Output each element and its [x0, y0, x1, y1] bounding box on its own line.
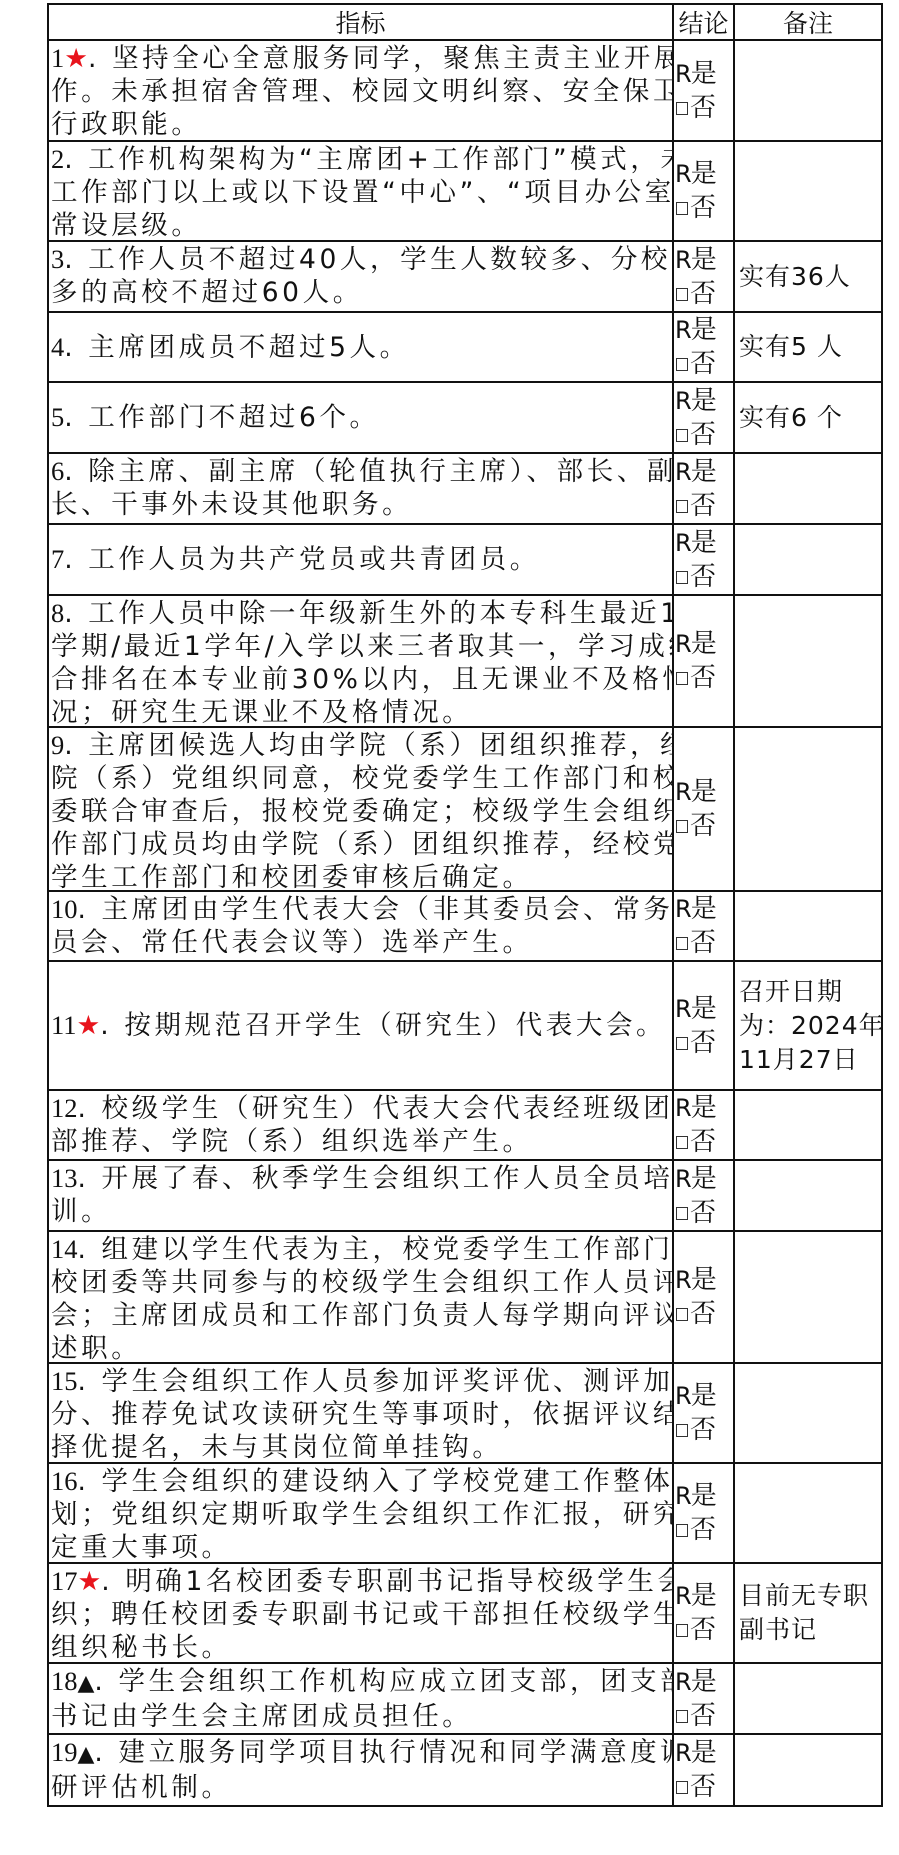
indicator-line: 况；研究生无课业不及格情况。: [51, 696, 671, 726]
option-yes-label: 是: [691, 457, 716, 487]
indicator-cell: 19▲. 建立服务同学项目执行情况和同学满意度调研评估机制。: [49, 1735, 674, 1805]
indicator-text: 6. 除主席、副主席（轮值执行主席）、部长、副部长、干事外未设其他职务。: [51, 455, 671, 521]
indicator-line-text: . 组建以学生代表为主，校党委学生工作部门、: [78, 1234, 675, 1265]
indicator-cell: 14. 组建以学生代表为主，校党委学生工作部门、校团委等共同参与的校级学生会组织…: [49, 1232, 674, 1362]
indicator-cell: 16. 学生会组织的建设纳入了学校党建工作整体规划；党组织定期听取学生会组织工作…: [49, 1464, 674, 1562]
indicator-line-text: 院（系）党组织同意，校党委学生工作部门和校团: [51, 763, 674, 794]
indicator-line-text: . 按期规范召开学生（研究生）代表大会。: [100, 1010, 666, 1041]
option-yes-label: 是: [691, 994, 716, 1024]
conclusion-cell: R是否: [674, 525, 735, 594]
indicator-line-text: 常设层级。: [51, 210, 202, 240]
unchecked-box-icon: [676, 102, 688, 115]
indicator-line-text: . 校级学生（研究生）代表大会代表经班级团支: [78, 1093, 675, 1124]
indicator-line-text: . 工作人员不超过40人，学生人数较多、分校区较: [64, 244, 674, 275]
option-yes-label: 是: [691, 1093, 716, 1123]
remarks-text: 副书记: [739, 1613, 881, 1647]
table-row: 16. 学生会组织的建设纳入了学校党建工作整体规划；党组织定期听取学生会组织工作…: [49, 1464, 881, 1564]
indicator-text: 19▲. 建立服务同学项目执行情况和同学满意度调研评估机制。: [51, 1736, 671, 1804]
option-no-label: 否: [690, 1415, 715, 1445]
checked-mark-icon: R: [675, 1582, 691, 1610]
remarks-cell: [735, 1735, 881, 1805]
indicator-line: 常设层级。: [51, 209, 671, 240]
option-yes-checked[interactable]: R是: [675, 1379, 733, 1413]
remarks-text: 召开日期: [739, 975, 881, 1009]
remarks-cell: 实有5 人: [735, 313, 881, 381]
indicator-line-text: . 主席团成员不超过5人。: [64, 332, 410, 363]
option-yes-label: 是: [691, 629, 716, 659]
indicator-line-text: 研评估机制。: [51, 1772, 232, 1803]
indicator-line: 18▲. 学生会组织工作机构应成立团支部，团支部: [51, 1665, 671, 1700]
item-number: 3: [51, 244, 64, 274]
table-row: 2. 工作机构架构为“主席团+工作部门”模式，未在工作部门以上或以下设置“中心”…: [49, 142, 881, 242]
indicator-cell: 8. 工作人员中除一年级新生外的本专科生最近1个学期/最近1学年/入学以来三者取…: [49, 596, 674, 726]
checked-mark-icon: R: [675, 1739, 691, 1767]
option-no-unchecked[interactable]: 否: [675, 926, 733, 960]
indicator-line-text: 织；聘任校团委专职副书记或干部担任校级学生会: [51, 1599, 674, 1630]
unchecked-box-icon: [676, 1424, 688, 1437]
option-no-label: 否: [690, 1515, 715, 1545]
indicator-text: 4. 主席团成员不超过5人。: [51, 331, 671, 364]
indicator-line-text: 工作部门以上或以下设置“中心”、“项目办公室”等: [51, 177, 674, 208]
indicator-line: 工作部门以上或以下设置“中心”、“项目办公室”等: [51, 176, 671, 209]
unchecked-box-icon: [676, 937, 688, 950]
indicator-cell: 10. 主席团由学生代表大会（非其委员会、常务委员会、常任代表会议等）选举产生。: [49, 892, 674, 960]
indicator-line: 作部门成员均由学院（系）团组织推荐，经校党委: [51, 828, 671, 861]
remarks-text: 目前无专职: [739, 1579, 881, 1613]
indicator-cell: 5. 工作部门不超过6个。: [49, 383, 674, 452]
indicator-cell: 15. 学生会组织工作人员参加评奖评优、测评加分、推荐免试攻读研究生等事项时，依…: [49, 1364, 674, 1462]
indicator-line: 会；主席团成员和工作部门负责人每学期向评议会: [51, 1299, 671, 1332]
option-no-label: 否: [690, 1772, 715, 1802]
indicator-line-text: . 除主席、副主席（轮值执行主席）、部长、副部: [64, 456, 674, 487]
indicator-line-text: . 明确1名校团委专职副书记指导校级学生会组: [101, 1566, 674, 1597]
option-no-unchecked[interactable]: 否: [675, 1413, 733, 1447]
conclusion-cell: R是否: [674, 313, 735, 381]
option-yes-checked[interactable]: R是: [675, 157, 733, 191]
remarks-text: 实有5 人: [739, 330, 881, 364]
conclusion-cell: R是否: [674, 1735, 735, 1805]
red-star-icon: ★: [78, 1566, 102, 1597]
indicator-cell: 7. 工作人员为共产党员或共青团员。: [49, 525, 674, 594]
red-star-icon: ★: [77, 1010, 101, 1041]
indicator-line-text: 员会、常任代表会议等）选举产生。: [51, 927, 533, 958]
unchecked-box-icon: [676, 429, 688, 442]
indicator-text: 11★. 按期规范召开学生（研究生）代表大会。: [51, 1009, 671, 1042]
indicator-line-text: 长、干事外未设其他职务。: [51, 489, 412, 520]
option-no-label: 否: [690, 420, 715, 450]
unchecked-box-icon: [676, 358, 688, 371]
indicator-line-text: 委联合审查后，报校党委确定；校级学生会组织工: [51, 796, 674, 827]
remarks-cell: 召开日期为：2024年11月27日: [735, 962, 881, 1089]
indicator-line: 10. 主席团由学生代表大会（非其委员会、常务委: [51, 893, 671, 926]
option-no-unchecked[interactable]: 否: [675, 1770, 733, 1804]
remarks-cell: 实有6 个: [735, 383, 881, 452]
indicator-line-text: 组织秘书长。: [51, 1632, 232, 1662]
conclusion-cell: R是否: [674, 1564, 735, 1662]
table-row: 1★. 坚持全心全意服务同学，聚焦主责主业开展工作。未承担宿舍管理、校园文明纠察…: [49, 41, 881, 142]
checked-mark-icon: R: [675, 630, 691, 658]
indicator-line: 学生工作部门和校团委审核后确定。: [51, 861, 671, 890]
option-yes-label: 是: [691, 528, 716, 558]
option-no-label: 否: [690, 1028, 715, 1058]
indicator-text: 14. 组建以学生代表为主，校党委学生工作部门、校团委等共同参与的校级学生会组织…: [51, 1233, 671, 1362]
option-no-label: 否: [690, 93, 715, 123]
option-no-unchecked[interactable]: 否: [675, 560, 733, 594]
option-no-unchecked[interactable]: 否: [675, 1125, 733, 1159]
indicator-line: 作。未承担宿舍管理、校园文明纠察、安全保卫等: [51, 75, 671, 108]
indicator-line-text: . 主席团候选人均由学院（系）团组织推荐，经学: [64, 730, 674, 761]
table-row: 12. 校级学生（研究生）代表大会代表经班级团支部推荐、学院（系）组织选举产生。…: [49, 1091, 881, 1161]
remarks-text: 实有36人: [739, 260, 881, 294]
indicator-line-text: . 学生会组织的建设纳入了学校党建工作整体规: [78, 1466, 675, 1497]
table-row: 8. 工作人员中除一年级新生外的本专科生最近1个学期/最近1学年/入学以来三者取…: [49, 596, 881, 728]
option-yes-checked[interactable]: R是: [675, 243, 733, 277]
option-yes-checked[interactable]: R是: [675, 1665, 733, 1699]
indicator-text: 9. 主席团候选人均由学院（系）团组织推荐，经学院（系）党组织同意，校党委学生工…: [51, 729, 671, 890]
indicator-text: 1★. 坚持全心全意服务同学，聚焦主责主业开展工作。未承担宿舍管理、校园文明纠察…: [51, 42, 671, 140]
indicator-text: 17★. 明确1名校团委专职副书记指导校级学生会组织；聘任校团委专职副书记或干部…: [51, 1565, 671, 1662]
table-row: 19▲. 建立服务同学项目执行情况和同学满意度调研评估机制。R是否: [49, 1735, 881, 1805]
unchecked-box-icon: [676, 202, 688, 215]
indicator-line-text: 定重大事项。: [51, 1532, 232, 1562]
indicator-line: 合排名在本专业前30%以内，且无课业不及格情: [51, 663, 671, 696]
checked-mark-icon: R: [675, 1266, 691, 1294]
evaluation-table: 指标 结论 备注 1★. 坚持全心全意服务同学，聚焦主责主业开展工作。未承担宿舍…: [47, 3, 883, 1807]
indicator-cell: 13. 开展了春、秋季学生会组织工作人员全员培训。: [49, 1161, 674, 1230]
option-yes-label: 是: [691, 777, 716, 807]
checked-mark-icon: R: [675, 1482, 691, 1510]
remarks-cell: [735, 728, 881, 890]
header-remarks: 备注: [735, 5, 881, 39]
indicator-line: 研评估机制。: [51, 1771, 671, 1804]
option-yes-checked[interactable]: R是: [675, 1263, 733, 1297]
item-number: 10: [51, 894, 78, 924]
indicator-line: 1★. 坚持全心全意服务同学，聚焦主责主业开展工: [51, 42, 671, 75]
item-number: 11: [51, 1010, 77, 1040]
indicator-cell: 3. 工作人员不超过40人，学生人数较多、分校区较多的高校不超过60人。: [49, 242, 674, 311]
red-star-icon: ★: [64, 43, 88, 74]
indicator-line: 2. 工作机构架构为“主席团+工作部门”模式，未在: [51, 143, 671, 176]
option-yes-label: 是: [691, 1265, 716, 1295]
option-yes-checked[interactable]: R是: [675, 1479, 733, 1513]
item-number: 12: [51, 1093, 78, 1123]
item-number: 6: [51, 456, 64, 486]
option-no-label: 否: [690, 1127, 715, 1157]
table-row: 7. 工作人员为共产党员或共青团员。R是否: [49, 525, 881, 596]
indicator-text: 5. 工作部门不超过6个。: [51, 401, 671, 434]
indicator-line: 行政职能。: [51, 108, 671, 140]
indicator-line: 6. 除主席、副主席（轮值执行主席）、部长、副部: [51, 455, 671, 488]
indicator-line-text: 会；主席团成员和工作部门负责人每学期向评议会: [51, 1300, 674, 1331]
indicator-line: 委联合审查后，报校党委确定；校级学生会组织工: [51, 795, 671, 828]
indicator-line: 9. 主席团候选人均由学院（系）团组织推荐，经学: [51, 729, 671, 762]
indicator-line-text: 作。未承担宿舍管理、校园文明纠察、安全保卫等: [51, 76, 674, 107]
option-no-label: 否: [690, 811, 715, 841]
indicator-cell: 6. 除主席、副主席（轮值执行主席）、部长、副部长、干事外未设其他职务。: [49, 454, 674, 523]
indicator-line: 部推荐、学院（系）组织选举产生。: [51, 1125, 671, 1158]
checked-mark-icon: R: [675, 778, 691, 806]
indicator-line-text: . 工作人员为共产党员或共青团员。: [64, 544, 540, 575]
indicator-line: 员会、常任代表会议等）选举产生。: [51, 926, 671, 959]
option-no-label: 否: [690, 1701, 715, 1731]
checked-mark-icon: R: [675, 1382, 691, 1410]
unchecked-box-icon: [676, 1781, 688, 1794]
item-number: 8: [51, 598, 64, 628]
indicator-line: 长、干事外未设其他职务。: [51, 488, 671, 521]
indicator-text: 15. 学生会组织工作人员参加评奖评优、测评加分、推荐免试攻读研究生等事项时，依…: [51, 1365, 671, 1462]
indicator-line: 述职。: [51, 1332, 671, 1362]
table-row: 17★. 明确1名校团委专职副书记指导校级学生会组织；聘任校团委专职副书记或干部…: [49, 1564, 881, 1664]
indicator-cell: 11★. 按期规范召开学生（研究生）代表大会。: [49, 962, 674, 1089]
indicator-line: 训。: [51, 1195, 671, 1228]
indicator-text: 18▲. 学生会组织工作机构应成立团支部，团支部书记由学生会主席团成员担任。: [51, 1665, 671, 1733]
table-row: 6. 除主席、副主席（轮值执行主席）、部长、副部长、干事外未设其他职务。R是否: [49, 454, 881, 525]
indicator-line: 11★. 按期规范召开学生（研究生）代表大会。: [51, 1009, 671, 1042]
table-row: 14. 组建以学生代表为主，校党委学生工作部门、校团委等共同参与的校级学生会组织…: [49, 1232, 881, 1364]
item-number: 16: [51, 1466, 78, 1496]
indicator-line-text: 部推荐、学院（系）组织选举产生。: [51, 1126, 533, 1157]
item-number: 1: [51, 43, 64, 73]
indicator-line: 3. 工作人员不超过40人，学生人数较多、分校区较: [51, 243, 671, 276]
item-number: 15: [51, 1366, 78, 1396]
indicator-line-text: 校团委等共同参与的校级学生会组织工作人员评议: [51, 1267, 674, 1298]
indicator-cell: 9. 主席团候选人均由学院（系）团组织推荐，经学院（系）党组织同意，校党委学生工…: [49, 728, 674, 890]
indicator-line: 17★. 明确1名校团委专职副书记指导校级学生会组: [51, 1565, 671, 1598]
indicator-line-text: 行政职能。: [51, 109, 202, 140]
indicator-line-text: 分、推荐免试攻读研究生等事项时，依据评议结果: [51, 1399, 674, 1430]
option-yes-checked[interactable]: R是: [675, 992, 733, 1026]
conclusion-cell: R是否: [674, 1091, 735, 1159]
indicator-line: 择优提名，未与其岗位简单挂钩。: [51, 1431, 671, 1462]
option-yes-checked[interactable]: R是: [675, 384, 733, 418]
indicator-line-text: . 工作人员中除一年级新生外的本专科生最近1个: [64, 598, 674, 629]
option-no-unchecked[interactable]: 否: [675, 91, 733, 125]
option-yes-label: 是: [691, 1164, 716, 1194]
indicator-line-text: 书记由学生会主席团成员担任。: [51, 1701, 472, 1732]
indicator-line: 织；聘任校团委专职副书记或干部担任校级学生会: [51, 1598, 671, 1631]
remarks-cell: [735, 1232, 881, 1362]
indicator-line-text: . 坚持全心全意服务同学，聚焦主责主业开展工: [88, 43, 674, 74]
header-indicator: 指标: [49, 5, 674, 39]
table-header-row: 指标 结论 备注: [49, 5, 881, 41]
option-no-unchecked[interactable]: 否: [675, 1196, 733, 1230]
remarks-cell: 目前无专职副书记: [735, 1564, 881, 1662]
option-yes-label: 是: [691, 1667, 716, 1697]
indicator-line: 16. 学生会组织的建设纳入了学校党建工作整体规: [51, 1465, 671, 1498]
indicator-line-text: . 工作部门不超过6个。: [64, 402, 379, 433]
indicator-text: 3. 工作人员不超过40人，学生人数较多、分校区较多的高校不超过60人。: [51, 243, 671, 309]
item-number: 5: [51, 402, 64, 432]
option-no-unchecked[interactable]: 否: [675, 1699, 733, 1733]
option-no-label: 否: [690, 1615, 715, 1645]
checked-mark-icon: R: [675, 246, 691, 274]
item-number: 17: [51, 1566, 78, 1596]
conclusion-cell: R是否: [674, 1232, 735, 1362]
indicator-line: 15. 学生会组织工作人员参加评奖评优、测评加: [51, 1365, 671, 1398]
remarks-cell: [735, 1161, 881, 1230]
table-row: 18▲. 学生会组织工作机构应成立团支部，团支部书记由学生会主席团成员担任。R是…: [49, 1664, 881, 1735]
option-no-unchecked[interactable]: 否: [675, 1513, 733, 1547]
indicator-line: 划；党组织定期听取学生会组织工作汇报，研究决: [51, 1498, 671, 1531]
remarks-text: 实有6 个: [739, 401, 881, 435]
item-number: 18: [51, 1666, 78, 1696]
option-yes-label: 是: [691, 245, 716, 275]
conclusion-cell: R是否: [674, 41, 735, 140]
conclusion-cell: R是否: [674, 1161, 735, 1230]
indicator-text: 12. 校级学生（研究生）代表大会代表经班级团支部推荐、学院（系）组织选举产生。: [51, 1092, 671, 1158]
option-no-unchecked[interactable]: 否: [675, 809, 733, 843]
item-number: 7: [51, 544, 64, 574]
item-number: 9: [51, 730, 64, 760]
indicator-cell: 18▲. 学生会组织工作机构应成立团支部，团支部书记由学生会主席团成员担任。: [49, 1664, 674, 1733]
option-no-unchecked[interactable]: 否: [675, 277, 733, 311]
option-no-label: 否: [690, 193, 715, 223]
table-row: 10. 主席团由学生代表大会（非其委员会、常务委员会、常任代表会议等）选举产生。…: [49, 892, 881, 962]
unchecked-box-icon: [676, 672, 688, 685]
option-yes-checked[interactable]: R是: [675, 1579, 733, 1613]
indicator-text: 2. 工作机构架构为“主席团+工作部门”模式，未在工作部门以上或以下设置“中心”…: [51, 143, 671, 240]
indicator-line-text: . 学生会组织工作人员参加评奖评优、测评加: [78, 1366, 674, 1397]
unchecked-box-icon: [676, 1524, 688, 1537]
option-no-label: 否: [690, 491, 715, 521]
conclusion-cell: R是否: [674, 1364, 735, 1462]
remarks-cell: [735, 596, 881, 726]
triangle-icon: ▲: [78, 1742, 95, 1767]
indicator-text: 13. 开展了春、秋季学生会组织工作人员全员培训。: [51, 1162, 671, 1228]
option-no-label: 否: [690, 279, 715, 309]
triangle-icon: ▲: [78, 1671, 95, 1696]
remarks-cell: [735, 454, 881, 523]
option-yes-checked[interactable]: R是: [675, 1162, 733, 1196]
indicator-line-text: . 开展了春、秋季学生会组织工作人员全员培: [78, 1163, 674, 1194]
conclusion-cell: R是否: [674, 142, 735, 240]
option-no-unchecked[interactable]: 否: [675, 489, 733, 523]
unchecked-box-icon: [676, 1207, 688, 1220]
remarks-cell: [735, 1091, 881, 1159]
option-no-unchecked[interactable]: 否: [675, 661, 733, 695]
option-yes-checked[interactable]: R是: [675, 1091, 733, 1125]
option-no-label: 否: [690, 663, 715, 693]
indicator-line-text: 训。: [51, 1196, 111, 1227]
remarks-cell: [735, 41, 881, 140]
conclusion-cell: R是否: [674, 728, 735, 890]
option-no-label: 否: [690, 1299, 715, 1329]
indicator-line: 组织秘书长。: [51, 1631, 671, 1662]
remarks-text: 为：2024年: [739, 1009, 881, 1043]
indicator-cell: 12. 校级学生（研究生）代表大会代表经班级团支部推荐、学院（系）组织选举产生。: [49, 1091, 674, 1159]
checked-mark-icon: R: [675, 458, 691, 486]
unchecked-box-icon: [676, 1308, 688, 1321]
conclusion-cell: R是否: [674, 454, 735, 523]
option-yes-checked[interactable]: R是: [675, 313, 733, 347]
indicator-line: 12. 校级学生（研究生）代表大会代表经班级团支: [51, 1092, 671, 1125]
indicator-line-text: . 建立服务同学项目执行情况和同学满意度调: [94, 1737, 674, 1768]
unchecked-box-icon: [676, 1037, 688, 1050]
checked-mark-icon: R: [675, 60, 691, 88]
option-no-unchecked[interactable]: 否: [675, 1297, 733, 1331]
checked-mark-icon: R: [675, 895, 691, 923]
item-number: 13: [51, 1163, 78, 1193]
option-no-label: 否: [690, 562, 715, 592]
option-yes-checked[interactable]: R是: [675, 57, 733, 91]
conclusion-cell: R是否: [674, 383, 735, 452]
checked-mark-icon: R: [675, 1094, 691, 1122]
header-conclusion: 结论: [674, 5, 735, 39]
indicator-line-text: 合排名在本专业前30%以内，且无课业不及格情: [51, 664, 674, 695]
option-yes-checked[interactable]: R是: [675, 775, 733, 809]
indicator-text: 16. 学生会组织的建设纳入了学校党建工作整体规划；党组织定期听取学生会组织工作…: [51, 1465, 671, 1562]
option-no-unchecked[interactable]: 否: [675, 191, 733, 225]
unchecked-box-icon: [676, 820, 688, 833]
checked-mark-icon: R: [675, 1668, 691, 1696]
indicator-line-text: 多的高校不超过60人。: [51, 277, 363, 308]
item-number: 2: [51, 144, 64, 174]
indicator-line: 14. 组建以学生代表为主，校党委学生工作部门、: [51, 1233, 671, 1266]
conclusion-cell: R是否: [674, 242, 735, 311]
checked-mark-icon: R: [675, 387, 691, 415]
checked-mark-icon: R: [675, 160, 691, 188]
indicator-line-text: . 主席团由学生代表大会（非其委员会、常务委: [78, 894, 675, 925]
item-number: 4: [51, 332, 64, 362]
option-yes-checked[interactable]: R是: [675, 892, 733, 926]
option-yes-label: 是: [691, 1481, 716, 1511]
option-yes-label: 是: [691, 159, 716, 189]
indicator-line: 学期/最近1学年/入学以来三者取其一，学习成绩综: [51, 630, 671, 663]
item-number: 19: [51, 1737, 78, 1767]
unchecked-box-icon: [676, 288, 688, 301]
option-no-unchecked[interactable]: 否: [675, 347, 733, 381]
option-no-label: 否: [690, 349, 715, 379]
option-no-unchecked[interactable]: 否: [675, 1026, 733, 1060]
indicator-text: 8. 工作人员中除一年级新生外的本专科生最近1个学期/最近1学年/入学以来三者取…: [51, 597, 671, 726]
option-yes-label: 是: [691, 386, 716, 416]
conclusion-cell: R是否: [674, 1664, 735, 1733]
option-yes-label: 是: [691, 59, 716, 89]
indicator-line-text: . 工作机构架构为“主席团+工作部门”模式，未在: [64, 144, 674, 175]
unchecked-box-icon: [676, 500, 688, 513]
conclusion-cell: R是否: [674, 1464, 735, 1562]
table-row: 11★. 按期规范召开学生（研究生）代表大会。R是否召开日期为：2024年11月…: [49, 962, 881, 1091]
indicator-line: 13. 开展了春、秋季学生会组织工作人员全员培: [51, 1162, 671, 1195]
option-no-unchecked[interactable]: 否: [675, 418, 733, 452]
indicator-line-text: 述职。: [51, 1333, 141, 1362]
option-no-unchecked[interactable]: 否: [675, 1613, 733, 1647]
indicator-line: 19▲. 建立服务同学项目执行情况和同学满意度调: [51, 1736, 671, 1771]
unchecked-box-icon: [676, 1624, 688, 1637]
unchecked-box-icon: [676, 571, 688, 584]
remarks-cell: [735, 1464, 881, 1562]
checked-mark-icon: R: [675, 1165, 691, 1193]
option-yes-checked[interactable]: R是: [675, 455, 733, 489]
indicator-text: 7. 工作人员为共产党员或共青团员。: [51, 543, 671, 576]
indicator-line: 院（系）党组织同意，校党委学生工作部门和校团: [51, 762, 671, 795]
option-yes-label: 是: [691, 315, 716, 345]
indicator-line: 8. 工作人员中除一年级新生外的本专科生最近1个: [51, 597, 671, 630]
option-yes-checked[interactable]: R是: [675, 526, 733, 560]
checked-mark-icon: R: [675, 529, 691, 557]
option-yes-checked[interactable]: R是: [675, 1736, 733, 1770]
option-yes-label: 是: [691, 894, 716, 924]
unchecked-box-icon: [676, 1710, 688, 1723]
option-yes-checked[interactable]: R是: [675, 627, 733, 661]
option-yes-label: 是: [691, 1738, 716, 1768]
indicator-line: 定重大事项。: [51, 1531, 671, 1562]
indicator-line-text: 划；党组织定期听取学生会组织工作汇报，研究决: [51, 1499, 674, 1530]
table-row: 9. 主席团候选人均由学院（系）团组织推荐，经学院（系）党组织同意，校党委学生工…: [49, 728, 881, 892]
conclusion-cell: R是否: [674, 596, 735, 726]
remarks-cell: [735, 525, 881, 594]
option-yes-label: 是: [691, 1381, 716, 1411]
